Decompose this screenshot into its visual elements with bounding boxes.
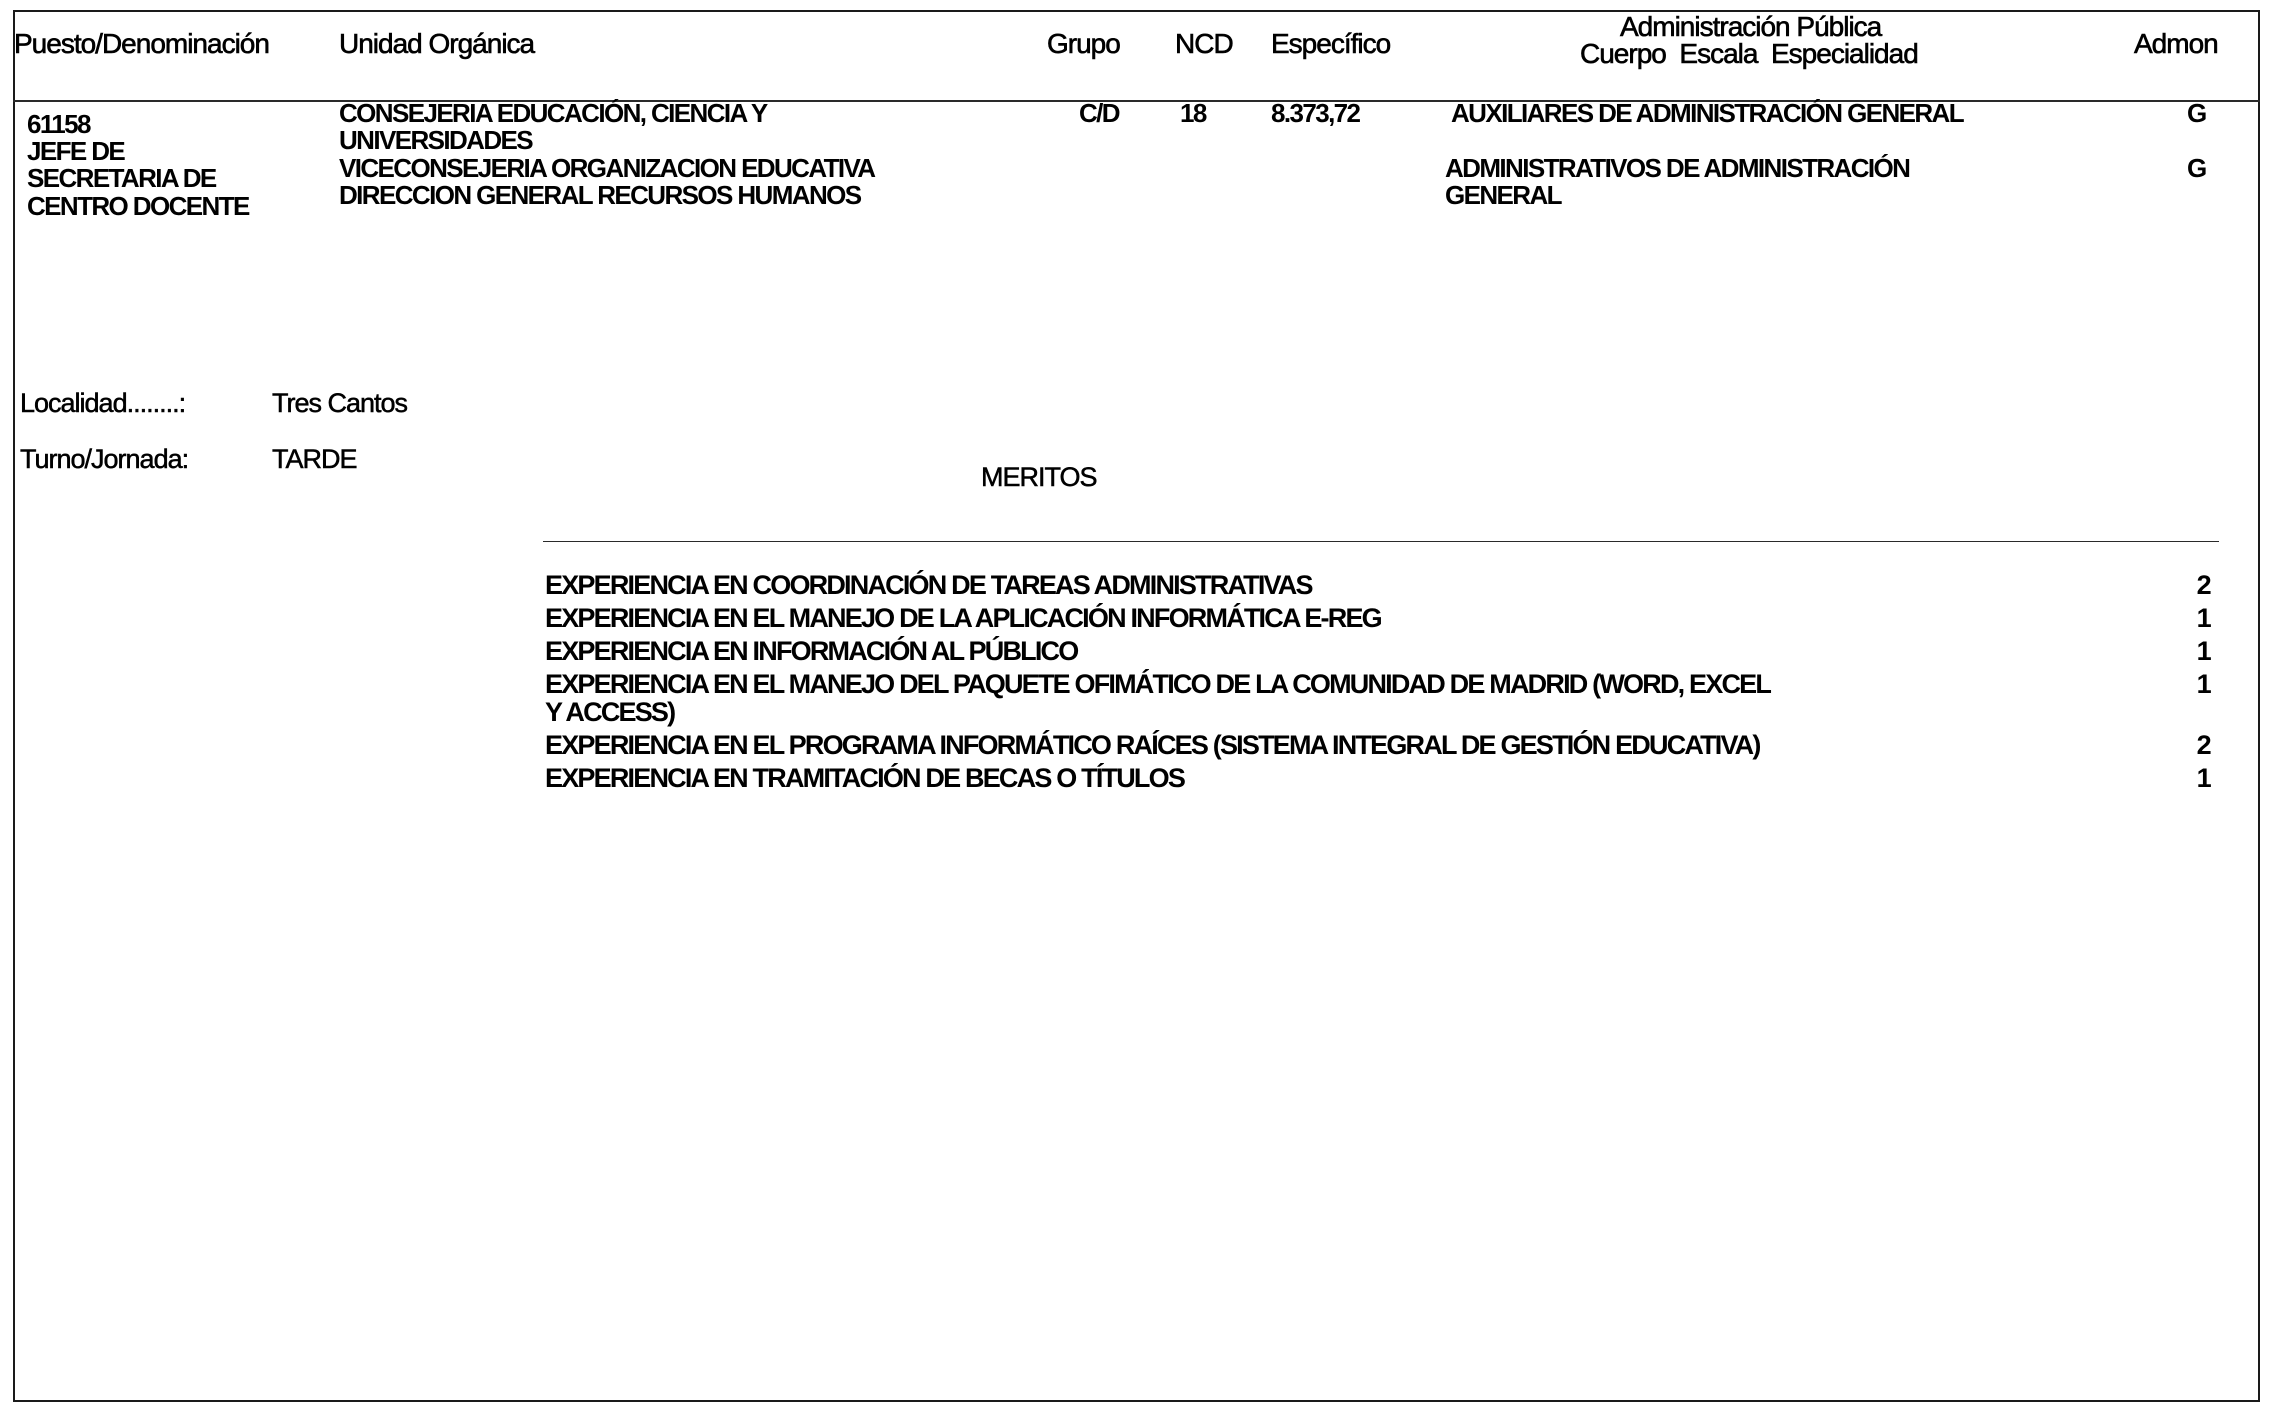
cuerpo-admon: G [2187, 100, 2206, 128]
puesto-title-line: JEFE DE [27, 138, 124, 166]
merito-text: EXPERIENCIA EN EL PROGRAMA INFORMÁTICO R… [545, 729, 1760, 762]
cuerpo-item: AUXILIARES DE ADMINISTRACIÓN GENERAL [1451, 100, 1963, 128]
unidad-line: VICECONSEJERIA ORGANIZACION EDUCATIVA [339, 155, 874, 183]
merito-text: EXPERIENCIA EN COORDINACIÓN DE TAREAS AD… [545, 569, 1312, 602]
merito-text-cont: Y ACCESS) [545, 696, 674, 729]
merito-text: EXPERIENCIA EN EL MANEJO DE LA APLICACIÓ… [545, 602, 1381, 635]
puesto-title-line: SECRETARIA DE [27, 165, 216, 193]
localidad-label: Localidad........: [20, 388, 185, 419]
cuerpo-admon: G [2187, 155, 2206, 183]
cuerpo-item-cont: GENERAL [1445, 182, 1561, 210]
especifico-value: 8.373,72 [1271, 100, 1359, 128]
localidad-value: Tres Cantos [272, 388, 407, 419]
puesto-code: 61158 [27, 111, 90, 139]
header-cuerpo-escala: Cuerpo Escala Especialidad [1580, 38, 1918, 70]
cuerpo-item: ADMINISTRATIVOS DE ADMINISTRACIÓN [1445, 155, 1909, 183]
header-admon: Admon [2134, 28, 2218, 60]
merito-text: EXPERIENCIA EN INFORMACIÓN AL PÚBLICO [545, 635, 1077, 668]
turno-label: Turno/Jornada: [20, 444, 188, 475]
merito-points: 1 [2170, 635, 2210, 668]
turno-value: TARDE [272, 444, 357, 475]
merito-points: 1 [2170, 668, 2210, 701]
header-grupo: Grupo [1047, 28, 1120, 60]
meritos-divider [543, 541, 2219, 542]
unidad-line: CONSEJERIA EDUCACIÓN, CIENCIA Y [339, 100, 767, 128]
unidad-line: UNIVERSIDADES [339, 127, 532, 155]
merito-text: EXPERIENCIA EN TRAMITACIÓN DE BECAS O TÍ… [545, 762, 1184, 795]
unidad-line: DIRECCION GENERAL RECURSOS HUMANOS [339, 182, 861, 210]
document-frame [13, 10, 2260, 1402]
header-especifico: Específico [1271, 28, 1390, 60]
header-unidad: Unidad Orgánica [339, 28, 534, 60]
header-ncd: NCD [1175, 28, 1233, 60]
meritos-title: MERITOS [981, 462, 1097, 493]
merito-points: 1 [2170, 602, 2210, 635]
merito-text: EXPERIENCIA EN EL MANEJO DEL PAQUETE OFI… [545, 668, 1770, 701]
merito-points: 2 [2170, 569, 2210, 602]
merito-points: 1 [2170, 762, 2210, 795]
merito-points: 2 [2170, 729, 2210, 762]
puesto-title-line: CENTRO DOCENTE [27, 193, 249, 221]
ncd-value: 18 [1180, 100, 1206, 128]
header-puesto: Puesto/Denominación [14, 28, 269, 60]
grupo-value: C/D [1079, 100, 1119, 128]
